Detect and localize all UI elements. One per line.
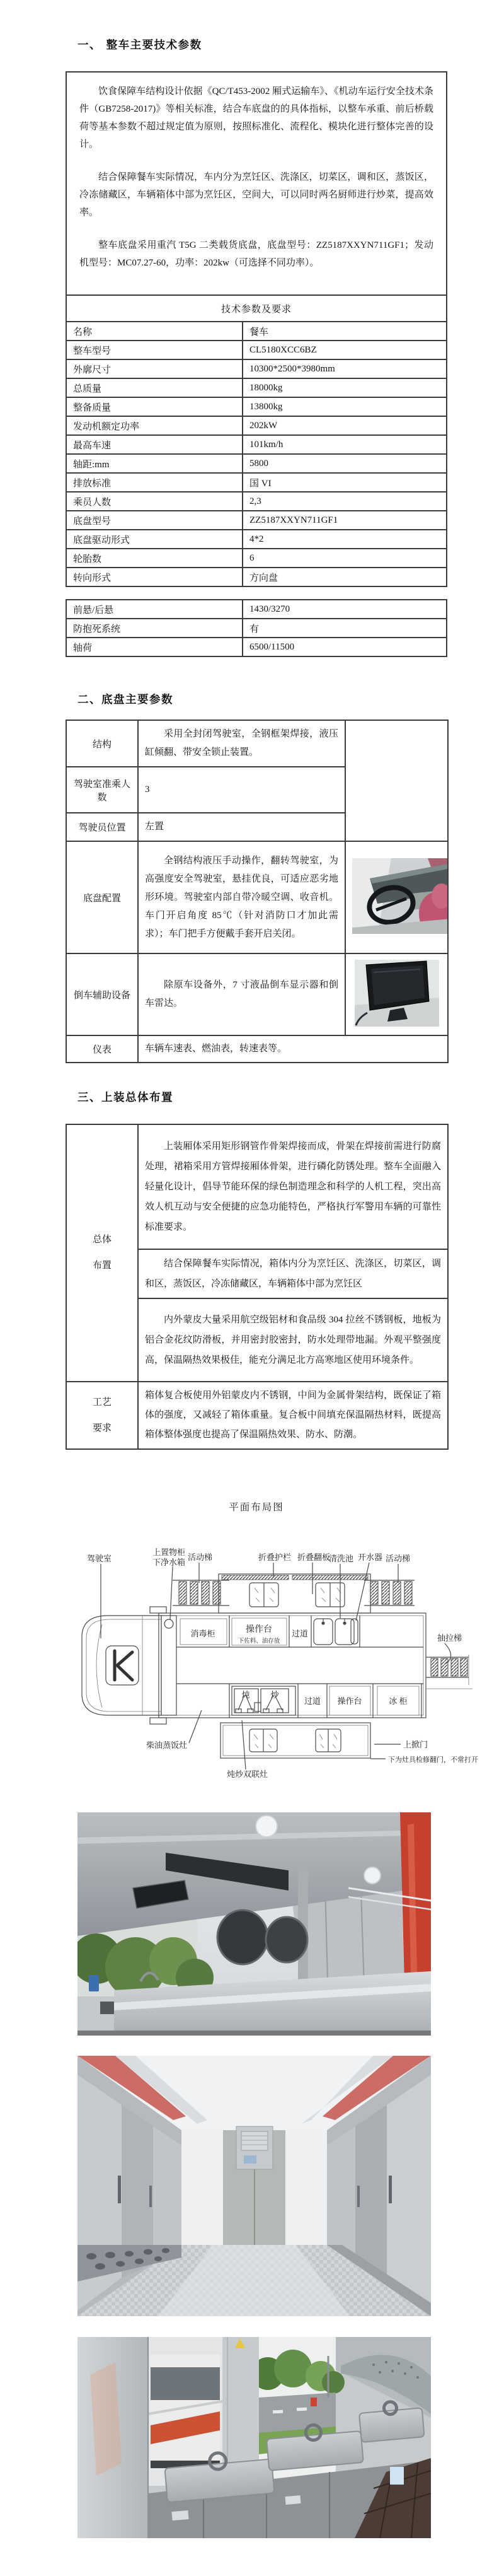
label-ladder-left: 活动梯 bbox=[188, 1553, 212, 1562]
table-row: 总质量18000kg bbox=[66, 378, 447, 397]
label-service-door-note: 下为灶具检修翻门，不常打开 bbox=[388, 1755, 478, 1764]
table-row: 底盘驱动形式4*2 bbox=[66, 530, 447, 549]
floor-plan-diagram: 驾驶室 上置物柜 下净水箱 活动梯 折叠护栏 折叠翻板 清洗池 开水器 活动梯 … bbox=[38, 1526, 479, 1778]
spec-value: CL5180XCC6BZ bbox=[243, 341, 447, 359]
spec-value: ZZ5187XXYN711GF1 bbox=[243, 511, 447, 530]
label-worktable-top-sub: 下佐料、油存放 bbox=[238, 1637, 280, 1645]
cab-drawing bbox=[82, 1607, 166, 1724]
panel-window bbox=[249, 1583, 278, 1607]
spec-value: 101km/h bbox=[243, 435, 447, 454]
spec-value: 6500/11500 bbox=[243, 638, 447, 656]
table-row: 底盘型号ZZ5187XXYN711GF1 bbox=[66, 511, 447, 530]
chassis-text: 采用全封闭驾驶室，全钢框架焊接，液压缸倾翻、带安全锁止装置。 bbox=[138, 720, 345, 767]
spec-label: 排放标准 bbox=[66, 473, 243, 492]
table-row: 总体 布置 上装厢体采用矩形钢管作骨架焊接而成，骨架在焊接前需进行防腐处理，裙箱… bbox=[66, 1124, 448, 1249]
spec-label: 发动机额定功率 bbox=[66, 416, 243, 435]
spec-label: 转向形式 bbox=[66, 568, 243, 586]
label-ladder-right: 活动梯 bbox=[386, 1554, 410, 1563]
table-header-row: 技术参数及要求 bbox=[66, 295, 447, 322]
spec-value: 18000kg bbox=[243, 378, 447, 397]
label-upper-cabinet: 上置物柜 bbox=[152, 1547, 185, 1557]
ladder-left-drawing bbox=[173, 1580, 229, 1606]
extension-window bbox=[316, 1729, 341, 1752]
spec-value: 2,3 bbox=[243, 492, 447, 511]
table-row: 轮胎数6 bbox=[66, 549, 447, 568]
spec-label: 防抱死系统 bbox=[66, 619, 243, 638]
process-requirements-label: 工艺 要求 bbox=[66, 1382, 138, 1449]
label-water-boiler: 开水器 bbox=[358, 1553, 382, 1562]
chassis-text: 左置 bbox=[138, 813, 345, 841]
label-rice-steamer: 柴油蒸饭灶 bbox=[146, 1740, 187, 1750]
spec-label: 整车型号 bbox=[66, 341, 243, 359]
chassis-text: 除原车设备外，7 寸液晶倒车显示器和倒车雷达。 bbox=[138, 953, 345, 1035]
photo-open-side-exterior bbox=[77, 1812, 431, 2036]
table-row: 整备质量13800kg bbox=[66, 397, 447, 416]
intro-paragraph-2: 结合保障餐车实际情况，车内分为烹饪区、洗涤区，切菜区，调和区，蒸饭区，冷冻储藏区… bbox=[79, 168, 433, 221]
chassis-label: 仪表 bbox=[66, 1035, 138, 1063]
spec-value: 餐车 bbox=[243, 322, 447, 341]
spec-value: 10300*2500*3980mm bbox=[243, 359, 447, 378]
reversing-monitor-photo bbox=[345, 953, 448, 1035]
label-worktable-top: 操作台 bbox=[246, 1624, 272, 1635]
spec-label: 乘员人数 bbox=[66, 492, 243, 511]
overall-layout-label: 总体 布置 bbox=[66, 1124, 138, 1382]
table-row: 底盘配置 全钢结构液压手动操作，翻转驾驶室，为高强度安全驾驶室，悬挂优良，可适应… bbox=[66, 841, 448, 953]
chassis-label: 底盘配置 bbox=[66, 841, 138, 953]
table-row: 轴距:mm5800 bbox=[66, 454, 447, 473]
intro-paragraph-3: 整车底盘采用重汽 T5G 二类载货底盘，底盘型号：ZZ5187XXYN711GF… bbox=[79, 236, 433, 272]
label-worktable-bottom: 操作台 bbox=[337, 1696, 362, 1706]
chassis-label: 倒车辅助设备 bbox=[66, 953, 138, 1035]
table-row: 防抱死系统有 bbox=[66, 619, 447, 638]
table-row: 排放标准国 VI bbox=[66, 473, 447, 492]
photo-cooking-equipment bbox=[77, 2337, 431, 2538]
chassis-image-spacer bbox=[345, 720, 448, 841]
label-aisle-bottom: 过道 bbox=[304, 1696, 321, 1706]
spec-label: 底盘驱动形式 bbox=[66, 530, 243, 549]
spec-table: 技术参数及要求 名称餐车 整车型号CL5180XCC6BZ 外廓尺寸10300*… bbox=[66, 294, 447, 587]
table-row: 外廓尺寸10300*2500*3980mm bbox=[66, 359, 447, 378]
table-row: 前悬/后悬1430/3270 bbox=[66, 600, 447, 619]
layout-text: 结合保障餐车实际情况，箱体内分为烹饪区、洗涤区，切菜区，调和区，蒸饭区，冷冻储藏… bbox=[138, 1249, 448, 1298]
spec-value: 6 bbox=[243, 549, 447, 568]
intro-box: 饮食保障车结构设计依据《QC/T453-2002 厢式运输车》、《机动车运行安全… bbox=[66, 71, 447, 296]
spec-value: 202kW bbox=[243, 416, 447, 435]
table-row: 结构 采用全封闭驾驶室，全钢框架焊接，液压缸倾翻、带安全锁止装置。 bbox=[66, 720, 448, 767]
spec-value: 5800 bbox=[243, 454, 447, 473]
spec-value: 1430/3270 bbox=[243, 600, 447, 619]
section1-title: 一、 整车主要技术参数 bbox=[77, 37, 202, 52]
spec-label: 外廓尺寸 bbox=[66, 359, 243, 378]
cab-interior-photo bbox=[345, 841, 448, 953]
table-row: 整车型号CL5180XCC6BZ bbox=[66, 341, 447, 359]
spec-value: 方向盘 bbox=[243, 568, 447, 586]
spec-label: 整备质量 bbox=[66, 397, 243, 416]
table-row: 转向形式方向盘 bbox=[66, 568, 447, 586]
label-freezer: 冰 柜 bbox=[389, 1696, 407, 1706]
extension-window bbox=[249, 1729, 277, 1752]
table-row: 乘员人数2,3 bbox=[66, 492, 447, 511]
chassis-label: 驾驶室准乘人数 bbox=[66, 767, 138, 813]
label-sterilizer: 消毒柜 bbox=[190, 1629, 215, 1638]
table-row: 倒车辅助设备 除原车设备外，7 寸液晶倒车显示器和倒车雷达。 bbox=[66, 953, 448, 1035]
chassis-text: 全钢结构液压手动操作，翻转驾驶室，为高强度安全驾驶室，悬挂优良，可适应恶劣地形环… bbox=[138, 841, 345, 953]
chassis-label: 驾驶员位置 bbox=[66, 813, 138, 841]
label-pull-ladder: 抽拉梯 bbox=[437, 1633, 462, 1643]
spec-label: 总质量 bbox=[66, 378, 243, 397]
reversing-monitor-photo-art bbox=[355, 960, 439, 1027]
table-row: 仪表 车辆车速表、燃油表，转速表等。 bbox=[66, 1035, 448, 1063]
label-folding-rail: 折叠护栏 bbox=[258, 1553, 291, 1562]
label-stirfry: 炒 bbox=[270, 1690, 279, 1699]
floor-plan-caption: 平面布局图 bbox=[66, 1500, 447, 1513]
chassis-text: 3 bbox=[138, 767, 345, 813]
ladder-right-drawing bbox=[364, 1580, 415, 1606]
intro-paragraph-1: 饮食保障车结构设计依据《QC/T453-2002 厢式运输车》、《机动车运行安全… bbox=[79, 83, 433, 153]
label-wash-sink: 清洗池 bbox=[329, 1554, 353, 1563]
label-stew: 炖 bbox=[241, 1690, 249, 1699]
section2-title: 二、底盘主要参数 bbox=[77, 691, 173, 707]
cab-interior-photo-art bbox=[352, 858, 448, 934]
chassis-text: 车辆车速表、燃油表，转速表等。 bbox=[138, 1035, 448, 1063]
table-row: 工艺 要求 箱体复合板使用外铝蒙皮内不锈钢，中间为金属骨架结构，既保证了箱体的强… bbox=[66, 1382, 448, 1449]
spec-label: 轴荷 bbox=[66, 638, 243, 656]
suspension-table: 前悬/后悬1430/3270 防抱死系统有 轴荷6500/11500 bbox=[66, 599, 447, 657]
photo-interior-corridor bbox=[77, 2056, 431, 2316]
label-flip-door: 上掀门 bbox=[403, 1740, 428, 1749]
table-row: 发动机额定功率202kW bbox=[66, 416, 447, 435]
section3-title: 三、上装总体布置 bbox=[77, 1089, 173, 1105]
spec-value: 有 bbox=[243, 619, 447, 638]
spec-value: 国 VI bbox=[243, 473, 447, 492]
layout-text: 箱体复合板使用外铝蒙皮内不锈钢，中间为金属骨架结构，既保证了箱体的强度，又减轻了… bbox=[138, 1382, 448, 1449]
label-cab: 驾驶室 bbox=[87, 1554, 112, 1563]
spec-label: 前悬/后悬 bbox=[66, 600, 243, 619]
spec-label: 底盘型号 bbox=[66, 511, 243, 530]
chassis-label: 结构 bbox=[66, 720, 138, 767]
spec-value: 13800kg bbox=[243, 397, 447, 416]
layout-table: 总体 布置 上装厢体采用矩形钢管作骨架焊接而成，骨架在焊接前需进行防腐处理，裙箱… bbox=[66, 1124, 449, 1450]
chassis-table: 结构 采用全封闭驾驶室，全钢框架焊接，液压缸倾翻、带安全锁止装置。 驾驶室准乘人… bbox=[66, 720, 449, 1063]
label-folding-flap: 折叠翻板 bbox=[297, 1553, 330, 1562]
spec-label: 名称 bbox=[66, 322, 243, 341]
spec-table-header: 技术参数及要求 bbox=[66, 295, 447, 322]
spec-value: 4*2 bbox=[243, 530, 447, 549]
table-row: 轴荷6500/11500 bbox=[66, 638, 447, 656]
document-page: 一、 整车主要技术参数 饮食保障车结构设计依据《QC/T453-2002 厢式运… bbox=[0, 0, 504, 2576]
label-water-tank: 下净水箱 bbox=[152, 1558, 185, 1567]
label-double-stove: 炖炒双联灶 bbox=[227, 1769, 268, 1778]
layout-text: 内外蒙皮大量采用航空级铝材和食品级 304 拉丝不锈钢板，地板为铝合金花纹防滑板… bbox=[138, 1298, 448, 1382]
label-aisle-top: 过道 bbox=[292, 1629, 308, 1638]
spec-label: 最高车速 bbox=[66, 435, 243, 454]
table-row: 名称餐车 bbox=[66, 322, 447, 341]
layout-text: 上装厢体采用矩形钢管作骨架焊接而成，骨架在焊接前需进行防腐处理，裙箱采用方管焊接… bbox=[138, 1124, 448, 1249]
spec-label: 轴距:mm bbox=[66, 454, 243, 473]
spec-label: 轮胎数 bbox=[66, 549, 243, 568]
table-row: 最高车速101km/h bbox=[66, 435, 447, 454]
